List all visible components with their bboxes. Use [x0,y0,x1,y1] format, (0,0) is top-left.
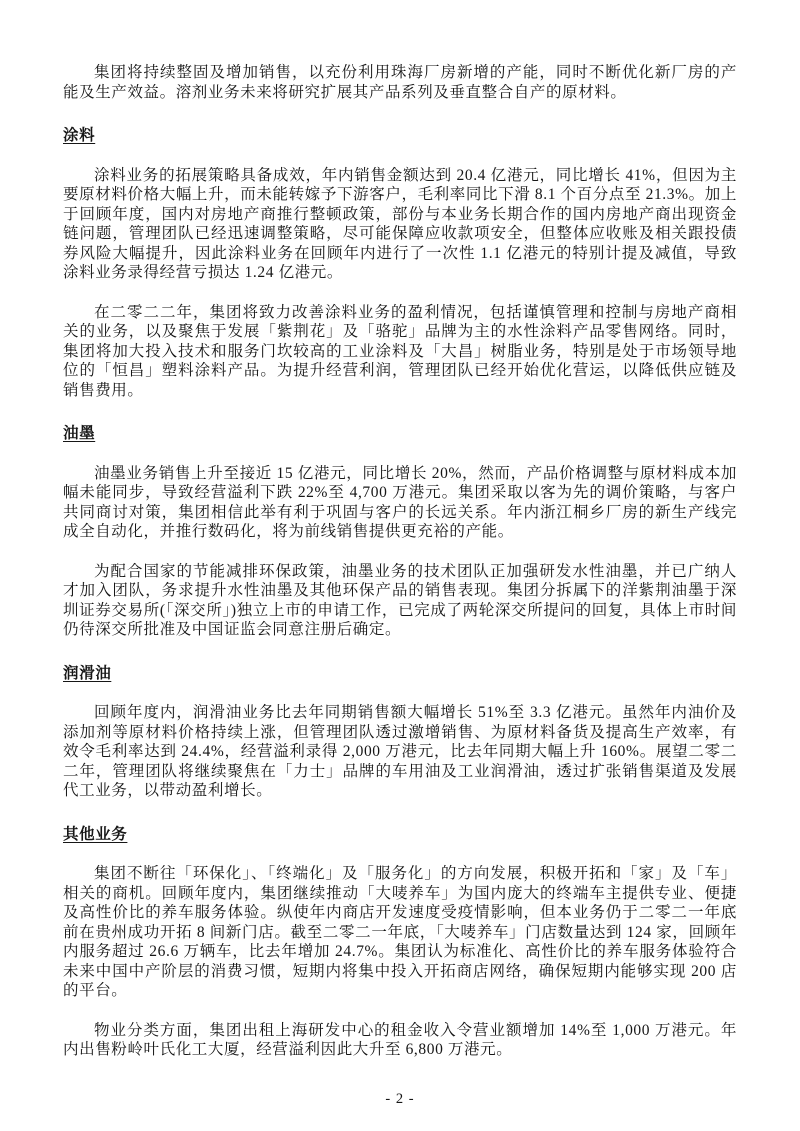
section-heading-inks: 油墨 [63,424,737,444]
section-heading-lubricants: 润滑油 [63,664,737,684]
other-business-paragraph-2: 物业分类方面，集团出租上海研发中心的租金收入令营业额增加 14%至 1,000 … [63,1021,737,1060]
page-number: - 2 - [63,1090,737,1110]
section-heading-coatings: 涂料 [63,126,737,146]
inks-paragraph-2: 为配合国家的节能减排环保政策，油墨业务的技术团队正加强研发水性油墨，并已广纳人才… [63,562,737,640]
coatings-paragraph-1: 涂料业务的拓展策略具备成效，年内销售金额达到 20.4 亿港元，同比增长 41%… [63,166,737,283]
other-business-paragraph-1: 集团不断往「环保化」、「终端化」及「服务化」的方向发展，积极开拓和「家」及「车」… [63,864,737,1001]
section-inks: 油墨 油墨业务销售上升至接近 15 亿港元，同比增长 20%，然而，产品价格调整… [63,424,737,640]
section-other-business: 其他业务 集团不断往「环保化」、「终端化」及「服务化」的方向发展，积极开拓和「家… [63,825,737,1060]
document-page: 集团将持续整固及增加销售，以充份利用珠海厂房新增的产能，同时不断优化新厂房的产能… [0,0,800,1131]
intro-paragraph: 集团将持续整固及增加销售，以充份利用珠海厂房新增的产能，同时不断优化新厂房的产能… [63,63,737,102]
coatings-paragraph-2: 在二零二二年，集团将致力改善涂料业务的盈利情况，包括谨慎管理和控制与房地产商相关… [63,303,737,401]
section-heading-other-business: 其他业务 [63,825,737,845]
lubricants-paragraph-1: 回顾年度内，润滑油业务比去年同期销售额大幅增长 51%至 3.3 亿港元。虽然年… [63,703,737,801]
section-coatings: 涂料 涂料业务的拓展策略具备成效，年内销售金额达到 20.4 亿港元，同比增长 … [63,126,737,400]
section-lubricants: 润滑油 回顾年度内，润滑油业务比去年同期销售额大幅增长 51%至 3.3 亿港元… [63,664,737,801]
inks-paragraph-1: 油墨业务销售上升至接近 15 亿港元，同比增长 20%，然而，产品价格调整与原材… [63,464,737,542]
